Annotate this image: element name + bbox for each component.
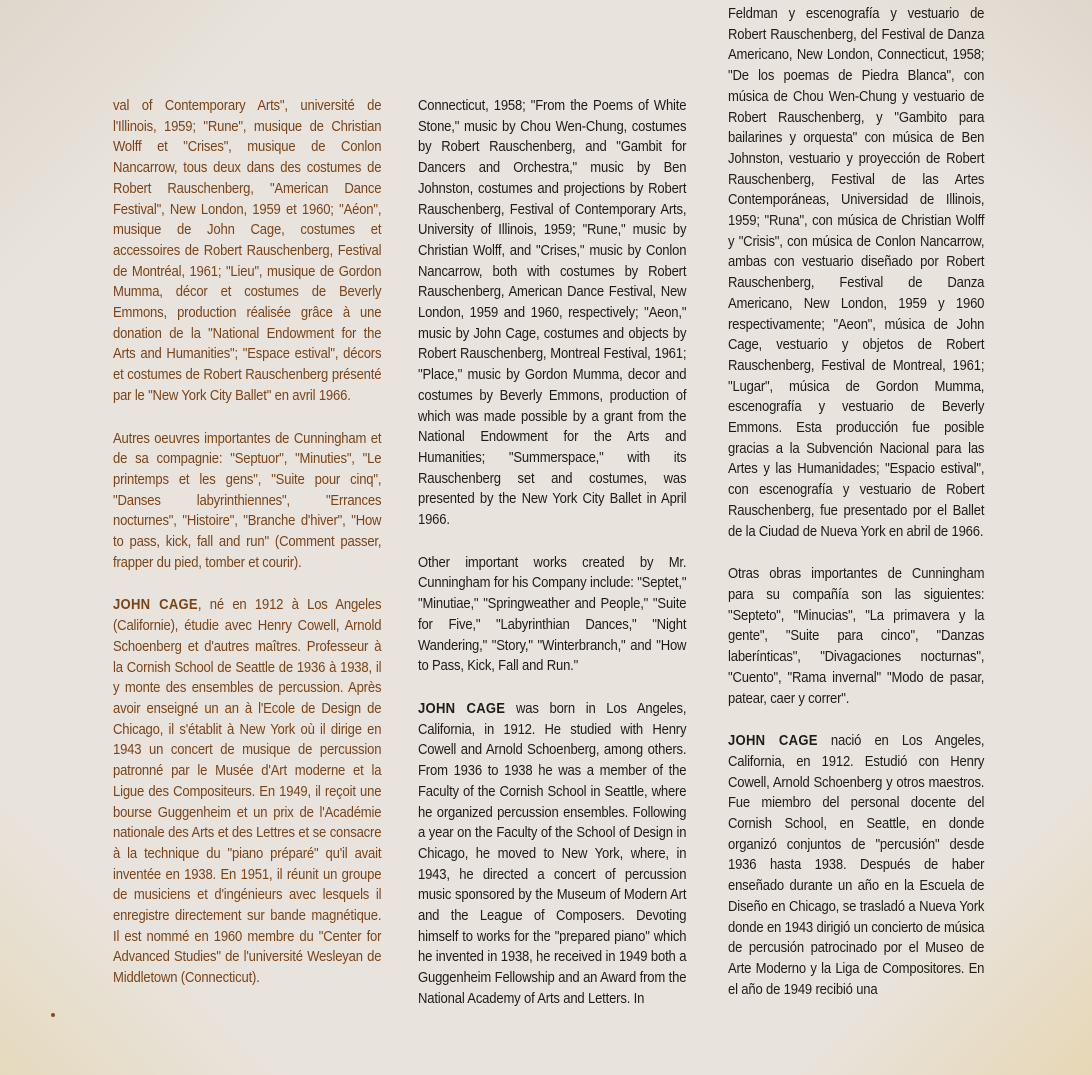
paragraph-text: Feldman y escenografía y vestuario de Ro… [728, 5, 984, 540]
en-paragraph-john-cage: JOHN CAGE was born in Los Angeles, Calif… [418, 699, 686, 1010]
printed-page: val of Contemporary Arts", université de… [0, 0, 1092, 1075]
john-cage-lead: JOHN CAGE [418, 700, 505, 717]
fr-paragraph-other-works: Autres oeuvres importantes de Cunningham… [113, 429, 381, 574]
paragraph-text: nació en Los Angeles, California, en 191… [728, 732, 984, 997]
english-column: Connecticut, 1958; "From the Poems of Wh… [418, 96, 686, 1032]
paragraph-text: val of Contemporary Arts", université de… [113, 97, 381, 404]
fr-paragraph-john-cage: JOHN CAGE, né en 1912 à Los Angeles (Cal… [113, 595, 381, 988]
es-paragraph-john-cage: JOHN CAGE nació en Los Angeles, Californ… [728, 731, 984, 1000]
en-paragraph-works-list: Connecticut, 1958; "From the Poems of Wh… [418, 96, 686, 531]
john-cage-lead: JOHN CAGE [728, 732, 818, 749]
paragraph-text: , né en 1912 à Los Angeles (Californie),… [113, 596, 381, 986]
french-column: val of Contemporary Arts", université de… [113, 96, 381, 1011]
paragraph-text: Connecticut, 1958; "From the Poems of Wh… [418, 97, 686, 528]
es-paragraph-works-list: Feldman y escenografía y vestuario de Ro… [728, 4, 984, 542]
paragraph-text: Autres oeuvres importantes de Cunningham… [113, 430, 381, 571]
en-paragraph-other-works: Other important works created by Mr. Cun… [418, 553, 686, 677]
fr-paragraph-works-list: val of Contemporary Arts", université de… [113, 96, 381, 407]
es-paragraph-other-works: Otras obras importantes de Cunningham pa… [728, 564, 984, 709]
paragraph-text: Otras obras importantes de Cunningham pa… [728, 565, 984, 706]
john-cage-lead: JOHN CAGE [113, 596, 198, 613]
paper-speck [51, 1013, 55, 1017]
spanish-column: Feldman y escenografía y vestuario de Ro… [728, 4, 984, 1022]
paragraph-text: Other important works created by Mr. Cun… [418, 554, 686, 675]
paragraph-text: was born in Los Angeles, California, in … [418, 700, 686, 1007]
